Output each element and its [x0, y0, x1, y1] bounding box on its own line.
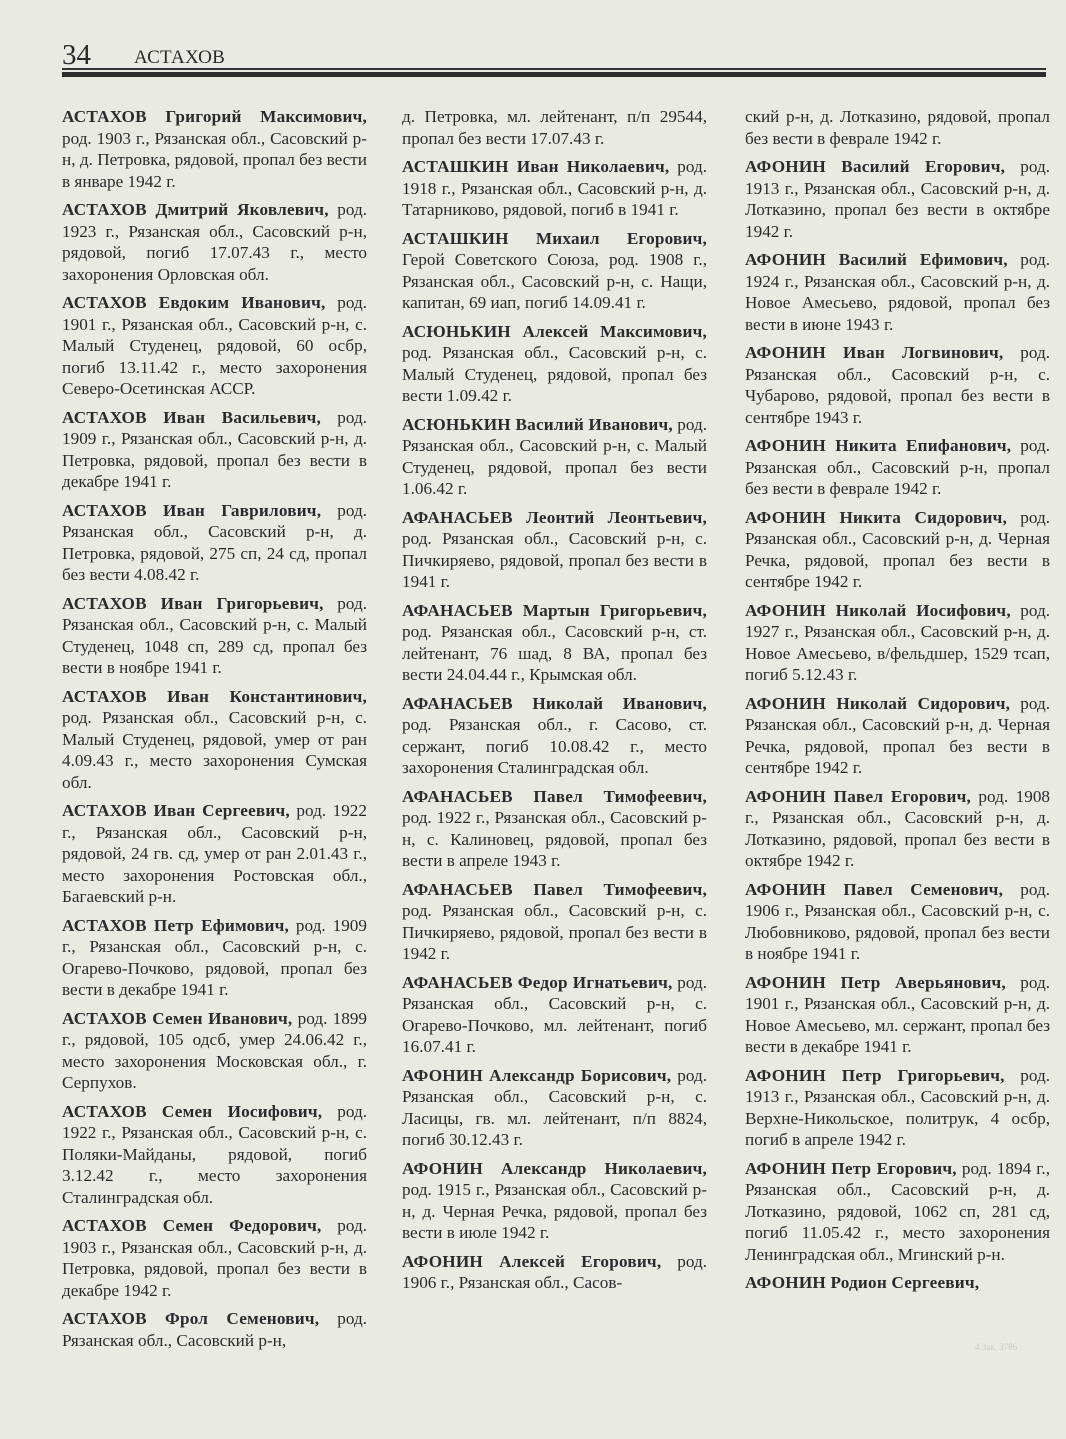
entry-name: АСТАХОВ Дмитрий Яковлевич,	[62, 200, 329, 219]
running-head: АСТАХОВ	[134, 48, 225, 68]
list-item: АСТАХОВ Семен Иосифович, род. 1922 г., Р…	[62, 1101, 367, 1209]
list-item: АСТАХОВ Фрол Семенович, род. Рязанская о…	[62, 1308, 367, 1351]
list-item: АСТАХОВ Иван Константинович, род. Рязанс…	[62, 686, 367, 794]
list-item: АСТАХОВ Петр Ефимович, род. 1909 г., Ряз…	[62, 915, 367, 1001]
list-item: АСЮНЬКИН Василий Иванович, род. Рязанска…	[402, 414, 707, 500]
entry-details: род. Рязанская обл., Сасовский р-н, с. М…	[62, 708, 367, 792]
entry-name: АФОНИН Алексей Егорович,	[402, 1252, 661, 1271]
printer-mark: 4 Зак. 3786	[975, 1342, 1017, 1352]
entry-name: АФАНАСЬЕВ Павел Тимофеевич,	[402, 787, 707, 806]
entry-name: АФОНИН Александр Борисович,	[402, 1066, 671, 1085]
entry-details: Герой Советского Союза, род. 1908 г., Ря…	[402, 250, 707, 312]
entry-name: АСТАШКИН Иван Николаевич,	[402, 157, 669, 176]
entry-name: АФОНИН Василий Ефимович,	[745, 250, 1008, 269]
list-item: АФАНАСЬЕВ Павел Тимофеевич, род. Рязанск…	[402, 879, 707, 965]
list-item: АСТАХОВ Иван Сергеевич, род. 1922 г., Ря…	[62, 800, 367, 908]
list-item: АФОНИН Иван Логвинович, род. Рязанская о…	[745, 342, 1050, 428]
entry-name: АСЮНЬКИН Алексей Максимович,	[402, 322, 707, 341]
entry-name: АФОНИН Петр Григорьевич,	[745, 1066, 1005, 1085]
entry-name: АФОНИН Василий Егорович,	[745, 157, 1005, 176]
header-rule-thin	[62, 68, 1046, 70]
entry-details: род. 1903 г., Рязанская обл., Сасовский …	[62, 129, 367, 191]
entry-details: род. Рязанская обл., Сасовский р-н, с. М…	[402, 343, 707, 405]
entry-details: род. Рязанская обл., г. Сасово, ст. серж…	[402, 715, 707, 777]
list-item: АФАНАСЬЕВ Федор Игнатьевич, род. Рязанск…	[402, 972, 707, 1058]
entry-name: АФОНИН Родион Сергеевич,	[745, 1273, 979, 1292]
entry-name: АСТАХОВ Иван Константинович,	[62, 687, 367, 706]
list-item: АСТАХОВ Семен Федорович, род. 1903 г., Р…	[62, 1215, 367, 1301]
list-item: АСТАХОВ Семен Иванович, род. 1899 г., ря…	[62, 1008, 367, 1094]
entry-details: род. Рязанская обл., Сасовский р-н, ст. …	[402, 622, 707, 684]
list-item: АСТАХОВ Григорий Максимович, род. 1903 г…	[62, 106, 367, 192]
list-item: АФОНИН Александр Борисович, род. Рязанск…	[402, 1065, 707, 1151]
list-item: АСТАХОВ Евдоким Иванович, род. 1901 г., …	[62, 292, 367, 400]
entry-name: АСТАХОВ Семен Иванович,	[62, 1009, 292, 1028]
list-item: АФОНИН Николай Сидорович, род. Рязанская…	[745, 693, 1050, 779]
list-item: АСТАШКИН Иван Николаевич, род. 1918 г., …	[402, 156, 707, 221]
list-item: АФОНИН Павел Егорович, род. 1908 г., Ряз…	[745, 786, 1050, 872]
list-item: АФОНИН Николай Иосифович, род. 1927 г., …	[745, 600, 1050, 686]
entry-name: АСТАШКИН Михаил Егорович,	[402, 229, 707, 248]
entry-name: АСТАХОВ Евдоким Иванович,	[62, 293, 326, 312]
entry-name: АСТАХОВ Семен Федорович,	[62, 1216, 322, 1235]
list-item: АФОНИН Александр Николаевич, род. 1915 г…	[402, 1158, 707, 1244]
column-3: ский р-н, д. Лотказино, рядовой, пропал …	[745, 106, 1050, 1301]
entry-name: АФАНАСЬЕВ Мартын Григорьевич,	[402, 601, 707, 620]
entry-name: АФОНИН Никита Епифанович,	[745, 436, 1011, 455]
entry-name: АСЮНЬКИН Василий Иванович,	[402, 415, 673, 434]
list-item: АФОНИН Никита Сидорович, род. Рязанская …	[745, 507, 1050, 593]
entry-name: АФАНАСЬЕВ Николай Иванович,	[402, 694, 707, 713]
entry-name: АСТАХОВ Иван Васильевич,	[62, 408, 321, 427]
entry-name: АФОНИН Павел Семенович,	[745, 880, 1003, 899]
list-item: АФАНАСЬЕВ Мартын Григорьевич, род. Рязан…	[402, 600, 707, 686]
entry-details: род. Рязанская обл., Сасовский р-н, с. П…	[402, 901, 707, 963]
list-item: АСТАХОВ Дмитрий Яковлевич, род. 1923 г.,…	[62, 199, 367, 285]
entry-name: АСТАХОВ Григорий Максимович,	[62, 107, 367, 126]
entry-continuation: ский р-н, д. Лотказино, рядовой, пропал …	[745, 106, 1050, 149]
list-item: АСТАХОВ Иван Гаврилович, род. Рязанская …	[62, 500, 367, 586]
list-item: АФОНИН Петр Григорьевич, род. 1913 г., Р…	[745, 1065, 1050, 1151]
column-1: АСТАХОВ Григорий Максимович, род. 1903 г…	[62, 106, 367, 1358]
entry-name: АФОНИН Александр Николаевич,	[402, 1159, 707, 1178]
list-item: АСТАШКИН Михаил Егорович, Герой Советско…	[402, 228, 707, 314]
column-2: д. Петровка, мл. лейтенант, п/п 29544, п…	[402, 106, 707, 1301]
entry-name: АФАНАСЬЕВ Павел Тимофеевич,	[402, 880, 707, 899]
entry-name: АФОНИН Павел Егорович,	[745, 787, 971, 806]
entry-details: род. 1915 г., Рязанская обл., Сасовский …	[402, 1180, 707, 1242]
entry-name: АФОНИН Николай Иосифович,	[745, 601, 1011, 620]
list-item: АФАНАСЬЕВ Леонтий Леонтьевич, род. Рязан…	[402, 507, 707, 593]
entry-name: АФОНИН Николай Сидорович,	[745, 694, 1010, 713]
entry-details: род. Рязанская обл., Сасовский р-н, с. П…	[402, 529, 707, 591]
entry-name: АСТАХОВ Петр Ефимович,	[62, 916, 289, 935]
list-item: АФОНИН Родион Сергеевич,	[745, 1272, 1050, 1294]
entry-name: АСТАХОВ Семен Иосифович,	[62, 1102, 322, 1121]
header-rule-thick	[62, 72, 1046, 77]
entry-name: АСТАХОВ Иван Гаврилович,	[62, 501, 321, 520]
entry-name: АСТАХОВ Иван Сергеевич,	[62, 801, 290, 820]
list-item: АФОНИН Павел Семенович, род. 1906 г., Ря…	[745, 879, 1050, 965]
list-item: АФОНИН Алексей Егорович, род. 1906 г., Р…	[402, 1251, 707, 1294]
list-item: АФОНИН Василий Ефимович, род. 1924 г., Р…	[745, 249, 1050, 335]
list-item: АСТАХОВ Иван Григорьевич, род. Рязанская…	[62, 593, 367, 679]
entry-name: АФОНИН Петр Аверьянович,	[745, 973, 1006, 992]
list-item: АФОНИН Петр Егорович, род. 1894 г., Ряза…	[745, 1158, 1050, 1266]
entry-continuation: д. Петровка, мл. лейтенант, п/п 29544, п…	[402, 106, 707, 149]
list-item: АФАНАСЬЕВ Павел Тимофеевич, род. 1922 г.…	[402, 786, 707, 872]
list-item: АСЮНЬКИН Алексей Максимович, род. Рязанс…	[402, 321, 707, 407]
list-item: АФОНИН Петр Аверьянович, род. 1901 г., Р…	[745, 972, 1050, 1058]
list-item: АСТАХОВ Иван Васильевич, род. 1909 г., Р…	[62, 407, 367, 493]
entry-name: АФОНИН Никита Сидорович,	[745, 508, 1007, 527]
entry-name: АФАНАСЬЕВ Федор Игнатьевич,	[402, 973, 673, 992]
list-item: АФОНИН Никита Епифанович, род. Рязанская…	[745, 435, 1050, 500]
entry-name: АФАНАСЬЕВ Леонтий Леонтьевич,	[402, 508, 707, 527]
list-item: АФОНИН Василий Егорович, род. 1913 г., Р…	[745, 156, 1050, 242]
entry-name: АСТАХОВ Фрол Семенович,	[62, 1309, 319, 1328]
entry-name: АФОНИН Петр Егорович,	[745, 1159, 957, 1178]
entry-name: АФОНИН Иван Логвинович,	[745, 343, 1003, 362]
entry-name: АСТАХОВ Иван Григорьевич,	[62, 594, 324, 613]
list-item: АФАНАСЬЕВ Николай Иванович, род. Рязанск…	[402, 693, 707, 779]
page-number: 34	[62, 40, 91, 70]
entry-details: род. 1922 г., Рязанская обл., Сасовский …	[402, 808, 707, 870]
